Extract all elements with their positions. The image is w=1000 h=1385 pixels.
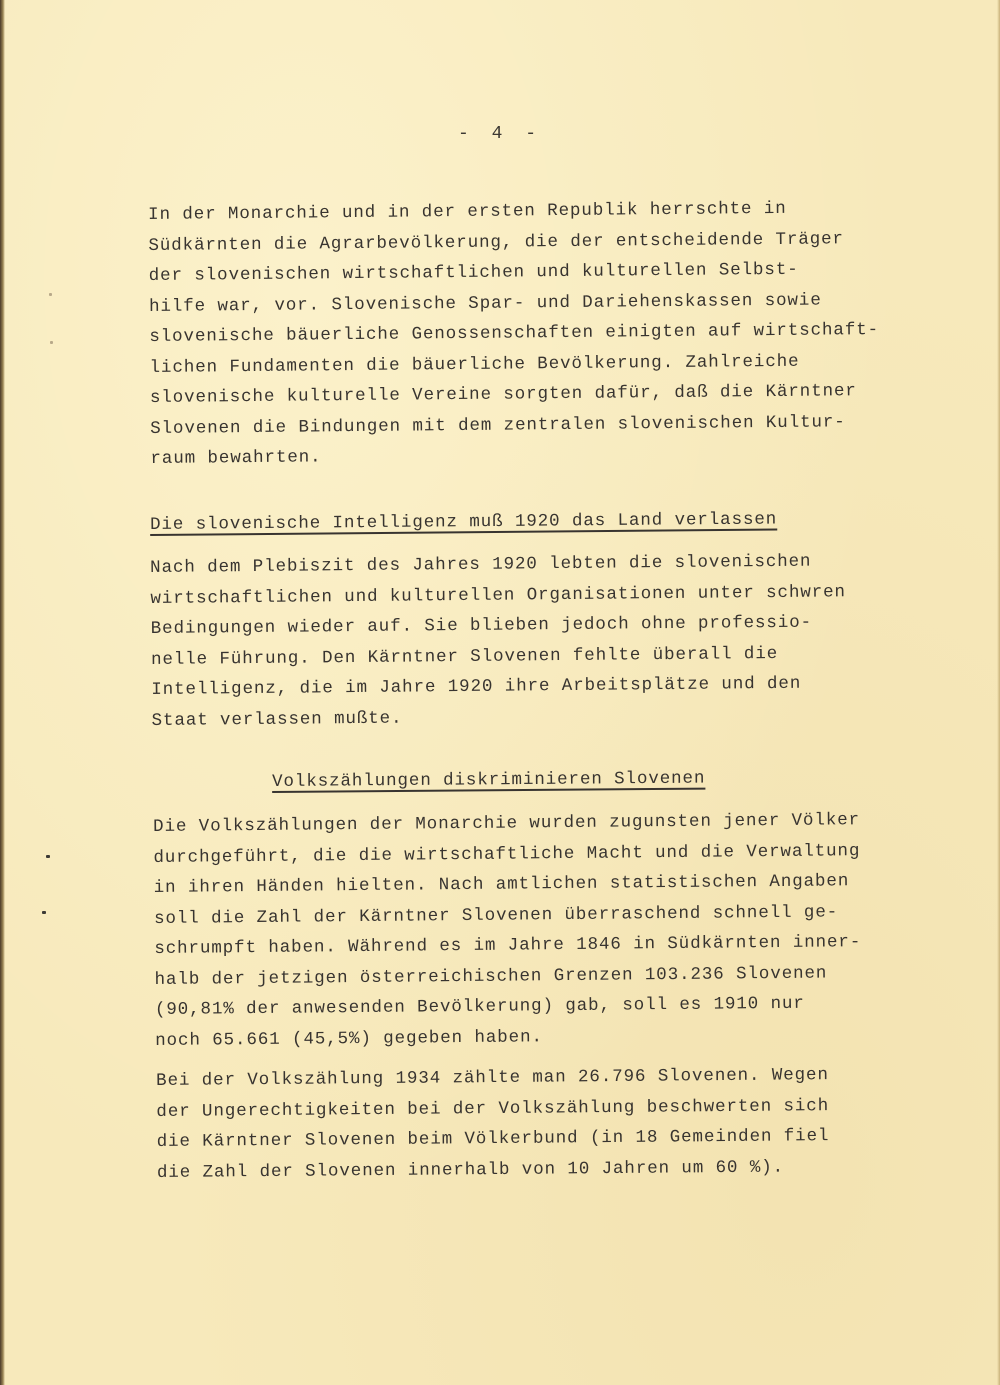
heading-volkszaehlungen: Volkszählungen diskriminieren Slovenen [272,769,705,792]
text-line: die Zahl der Slovenen innerhalb von 10 J… [157,1152,830,1188]
paragraph-plebiszit: Nach dem Plebiszit des Jahres 1920 lebte… [150,546,847,736]
page-number: - 4 - [0,124,1000,144]
page-left-edge-shadow [0,0,5,1385]
paragraph-volkszaehlung-1934: Bei der Volkszählung 1934 zählte man 26.… [156,1060,830,1188]
margin-punch-mark [46,855,50,858]
text-line: Staat verlassen mußte. [151,699,847,736]
text-line: noch 65.661 (45,5%) gegeben haben. [155,1019,862,1056]
paragraph-volkszaehlungen-monarchie: Die Volkszählungen der Monarchie wurden … [153,805,862,1056]
margin-speck [49,293,52,296]
margin-punch-mark [42,911,46,914]
typewritten-page: - 4 - In der Monarchie und in der ersten… [0,0,1000,1385]
paragraph-monarchie: In der Monarchie und in der ersten Repub… [148,193,880,474]
margin-speck [50,341,53,344]
text-line: raum bewahrten. [150,437,880,475]
heading-intelligenz: Die slovenische Intelligenz muß 1920 das… [150,510,777,535]
